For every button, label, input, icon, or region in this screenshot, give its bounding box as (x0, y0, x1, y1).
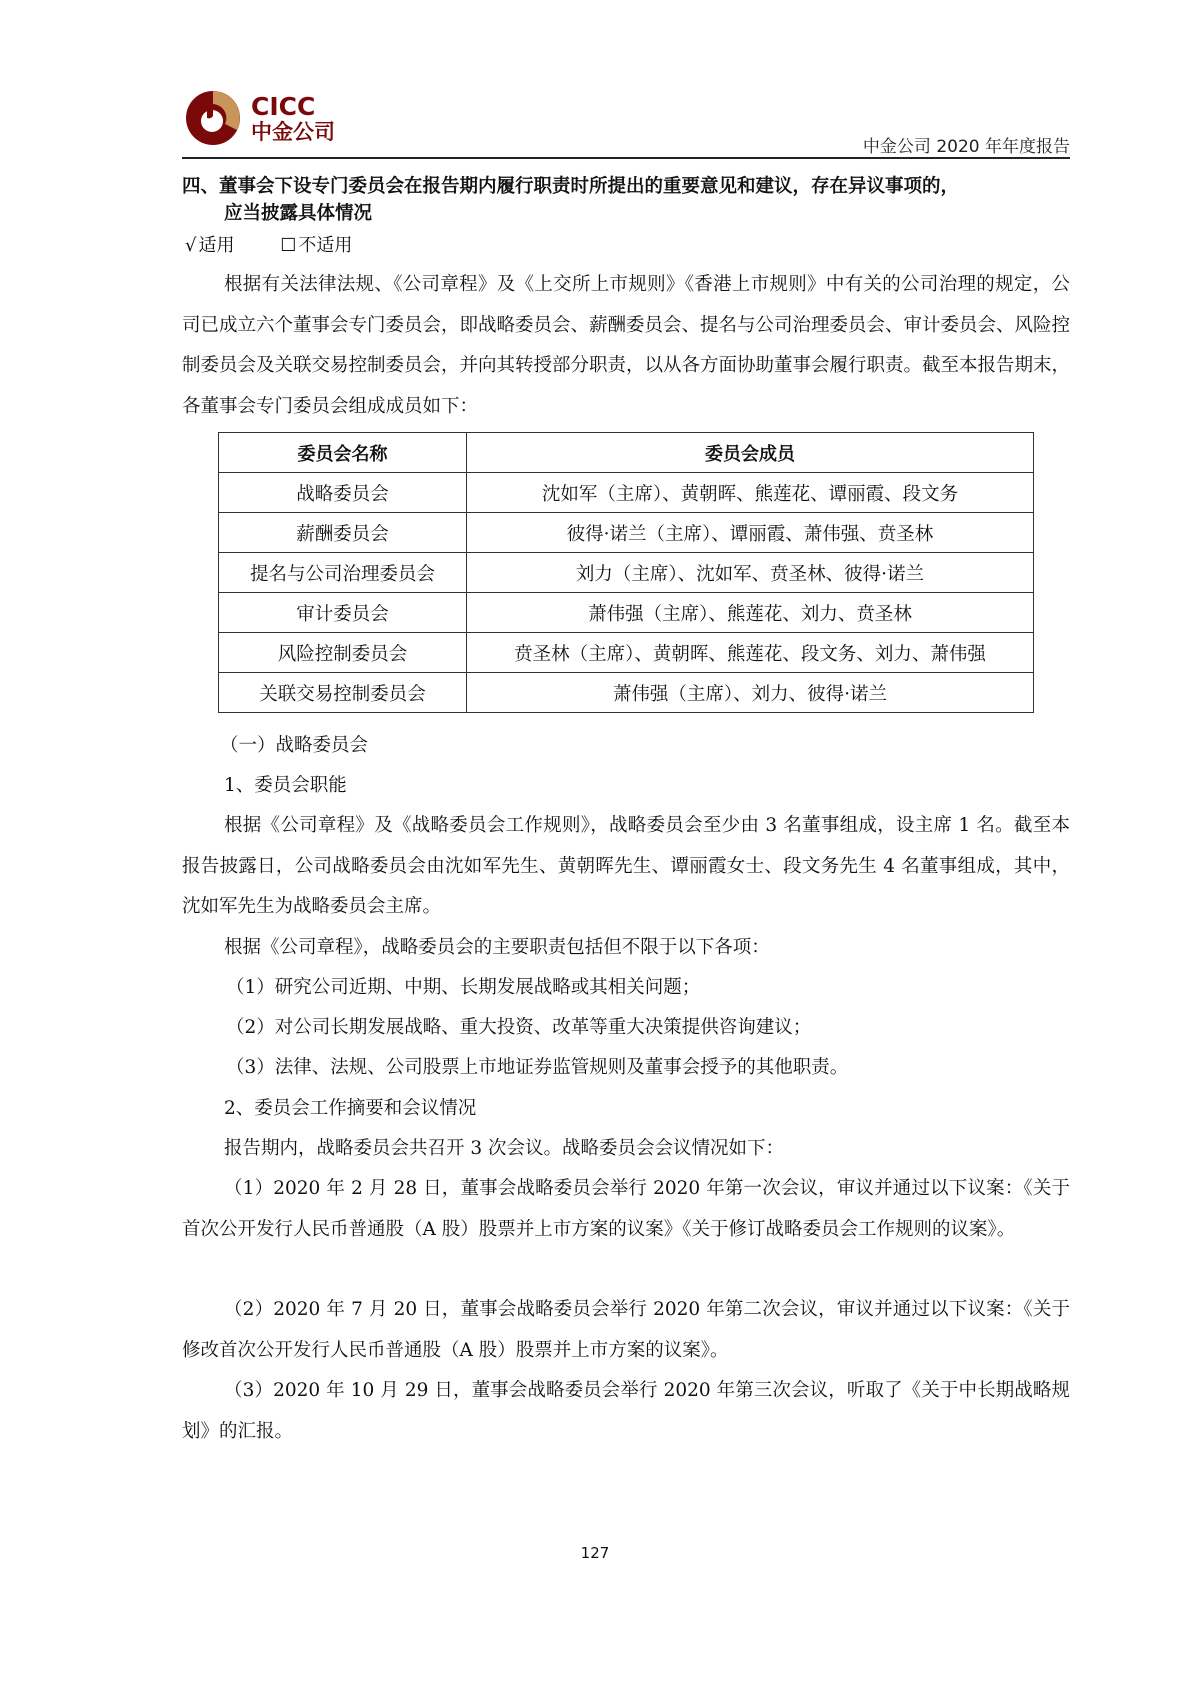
committee-members: 沈如军（主席）、黄朝晖、熊莲花、谭丽霞、段文务 (467, 473, 1034, 513)
section-heading-line2: 应当披露具体情况 (182, 200, 1072, 227)
table-header: 委员会名称 (219, 433, 467, 473)
table-row: 战略委员会 沈如军（主席）、黄朝晖、熊莲花、谭丽霞、段文务 (219, 473, 1034, 513)
empty-checkbox-icon: ☐ (280, 235, 296, 256)
document-page: CICC 中金公司 中金公司 2020 年年度报告 四、董事会下设专门委员会在报… (0, 0, 1190, 1683)
table-header-row: 委员会名称 委员会成员 (219, 433, 1034, 473)
logo-text-en: CICC (251, 94, 315, 120)
table-row: 审计委员会 萧伟强（主席）、熊莲花、刘力、贲圣林 (219, 593, 1034, 633)
meeting-item: （1）2020 年 2 月 28 日，董事会战略委员会举行 2020 年第一次会… (182, 1169, 1070, 1250)
subsection-functions-heading: 1、委员会职能 (224, 766, 1112, 807)
meeting-item: （3）2020 年 10 月 29 日，董事会战略委员会举行 2020 年第三次… (182, 1371, 1070, 1452)
applicability-options: √适用 ☐不适用 (185, 233, 392, 259)
composition-paragraph: 根据《公司章程》及《战略委员会工作规则》，战略委员会至少由 3 名董事组成，设主… (182, 806, 1070, 928)
duty-item: （2）对公司长期发展战略、重大投资、改革等重大决策提供咨询建议； (226, 1008, 1114, 1049)
check-mark-icon: √ (185, 235, 196, 256)
duty-item: （3）法律、法规、公司股票上市地证券监管规则及董事会授予的其他职责。 (226, 1048, 1114, 1089)
subsection-meetings-heading: 2、委员会工作摘要和会议情况 (224, 1089, 1112, 1130)
table-row: 关联交易控制委员会 萧伟强（主席）、刘力、彼得·诺兰 (219, 673, 1034, 713)
table-row: 风险控制委员会 贲圣林（主席）、黄朝晖、熊莲花、段文务、刘力、萧伟强 (219, 633, 1034, 673)
committee-members: 贲圣林（主席）、黄朝晖、熊莲花、段文务、刘力、萧伟强 (467, 633, 1034, 673)
table-row: 薪酬委员会 彼得·诺兰（主席）、谭丽霞、萧伟强、贲圣林 (219, 513, 1034, 553)
committee-name: 薪酬委员会 (219, 513, 467, 553)
committee-name: 战略委员会 (219, 473, 467, 513)
committee-name: 关联交易控制委员会 (219, 673, 467, 713)
not-applicable-option: ☐不适用 (280, 235, 372, 256)
committee-members: 刘力（主席）、沈如军、贲圣林、彼得·诺兰 (467, 553, 1034, 593)
page-number: 127 (0, 1544, 1190, 1562)
section-heading-line1: 四、董事会下设专门委员会在报告期内履行职责时所提出的重要意见和建议，存在异议事项… (182, 176, 959, 197)
duty-item: （1）研究公司近期、中期、长期发展战略或其相关问题； (226, 968, 1114, 1009)
applicable-option: √适用 (185, 235, 254, 256)
committee-members: 彼得·诺兰（主席）、谭丽霞、萧伟强、贲圣林 (467, 513, 1034, 553)
report-title: 中金公司 2020 年年度报告 (863, 132, 1070, 157)
committee-members: 萧伟强（主席）、刘力、彼得·诺兰 (467, 673, 1034, 713)
committee-table: 委员会名称 委员会成员 战略委员会 沈如军（主席）、黄朝晖、熊莲花、谭丽霞、段文… (218, 432, 1034, 713)
intro-paragraph: 根据有关法律法规、《公司章程》及《上交所上市规则》《香港上市规则》中有关的公司治… (182, 265, 1070, 427)
duties-intro: 根据《公司章程》，战略委员会的主要职责包括但不限于以下各项： (224, 928, 1112, 969)
header-divider (182, 157, 1070, 159)
committee-members: 萧伟强（主席）、熊莲花、刘力、贲圣林 (467, 593, 1034, 633)
committee-name: 审计委员会 (219, 593, 467, 633)
subsection-heading: （一）战略委员会 (220, 726, 1108, 767)
meetings-intro: 报告期内，战略委员会共召开 3 次会议。战略委员会会议情况如下： (224, 1129, 1112, 1170)
logo-text-cn: 中金公司 (251, 120, 335, 144)
cicc-logo-icon (185, 90, 241, 146)
table-header: 委员会成员 (467, 433, 1034, 473)
committee-name: 风险控制委员会 (219, 633, 467, 673)
meeting-item: （2）2020 年 7 月 20 日，董事会战略委员会举行 2020 年第二次会… (182, 1290, 1070, 1371)
table-row: 提名与公司治理委员会 刘力（主席）、沈如军、贲圣林、彼得·诺兰 (219, 553, 1034, 593)
cicc-logo: CICC 中金公司 (185, 90, 355, 154)
committee-name: 提名与公司治理委员会 (219, 553, 467, 593)
section-heading: 四、董事会下设专门委员会在报告期内履行职责时所提出的重要意见和建议，存在异议事项… (182, 173, 1072, 227)
